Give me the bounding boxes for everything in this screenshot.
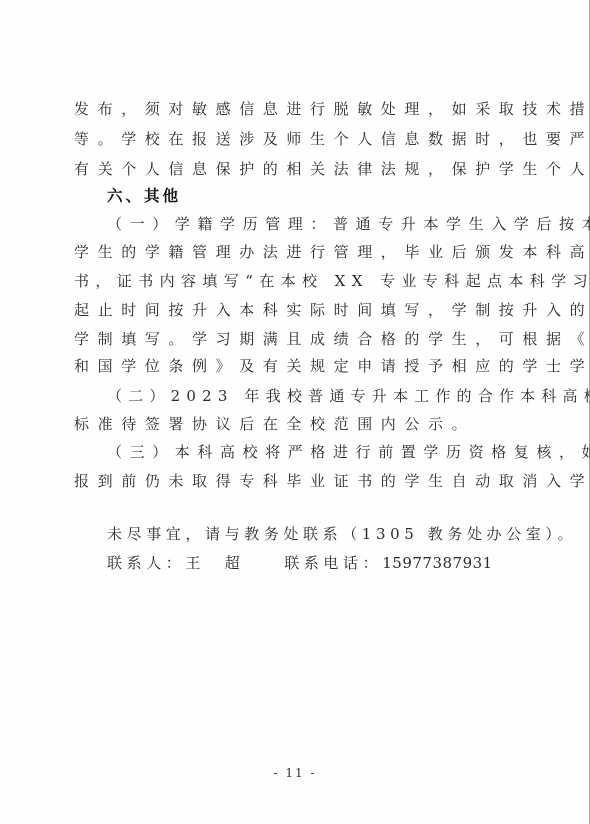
section-heading: 六、其他 [107,186,557,206]
contact-note: 未尽事宜，请与教务处联系（1305 教务处办公室）。 [107,524,557,544]
contact-person-label: 联系人： [107,554,185,572]
contact-info: 联系人：王 超联系电话：15977387931 [107,553,557,573]
contact-phone-number: 15977387931 [382,554,492,572]
body-text-line: 等。学校在报送涉及师生个人信息数据时，也要严格遵循国家 [74,129,524,149]
body-text-line: 发布，须对敏感信息进行脱敏处理，如采取技术措施部分遮挡 [74,99,524,119]
item-1-text-line: （一）学籍学历管理：普通专升本学生入学后按本科高校 [107,214,557,234]
item-2-text-line: 标准待签署协议后在全校范围内公示。 [74,414,524,434]
item-1-text-line: 和国学位条例》及有关规定申请授予相应的学士学位。 [74,356,524,376]
page-number: - 11 - [0,766,590,780]
item-1-text-line: 学生的学籍管理办法进行管理，毕业后颁发本科高校毕业证 [74,242,524,262]
document-page: 发布，须对敏感信息进行脱敏处理，如采取技术措施部分遮挡 等。学校在报送涉及师生个… [0,0,590,824]
item-3-text-line: 报到前仍未取得专科毕业证书的学生自动取消入学资格。 [74,471,524,491]
item-2-text-line: （二）2023 年我校普通专升本工作的合作本科高校及收费 [107,386,557,406]
item-1-text-line: 学制填写。学习期满且成绩合格的学生，可根据《中华人民共 [74,329,524,349]
item-3-text-line: （三）本科高校将严格进行前置学历资格复核，如在入学 [107,442,557,462]
body-text-line: 有关个人信息保护的相关法律法规，保护学生个人隐私。 [74,159,524,179]
contact-person-name: 王 超 [185,554,244,572]
contact-phone-label: 联系电话： [284,554,382,572]
item-1-text-line: 起止时间按升入本科实际时间填写，学制按升入的本科专业的 [74,300,524,320]
item-1-text-line: 书，证书内容填写“在本校 XX 专业专科起点本科学习”，学习 [74,271,524,291]
